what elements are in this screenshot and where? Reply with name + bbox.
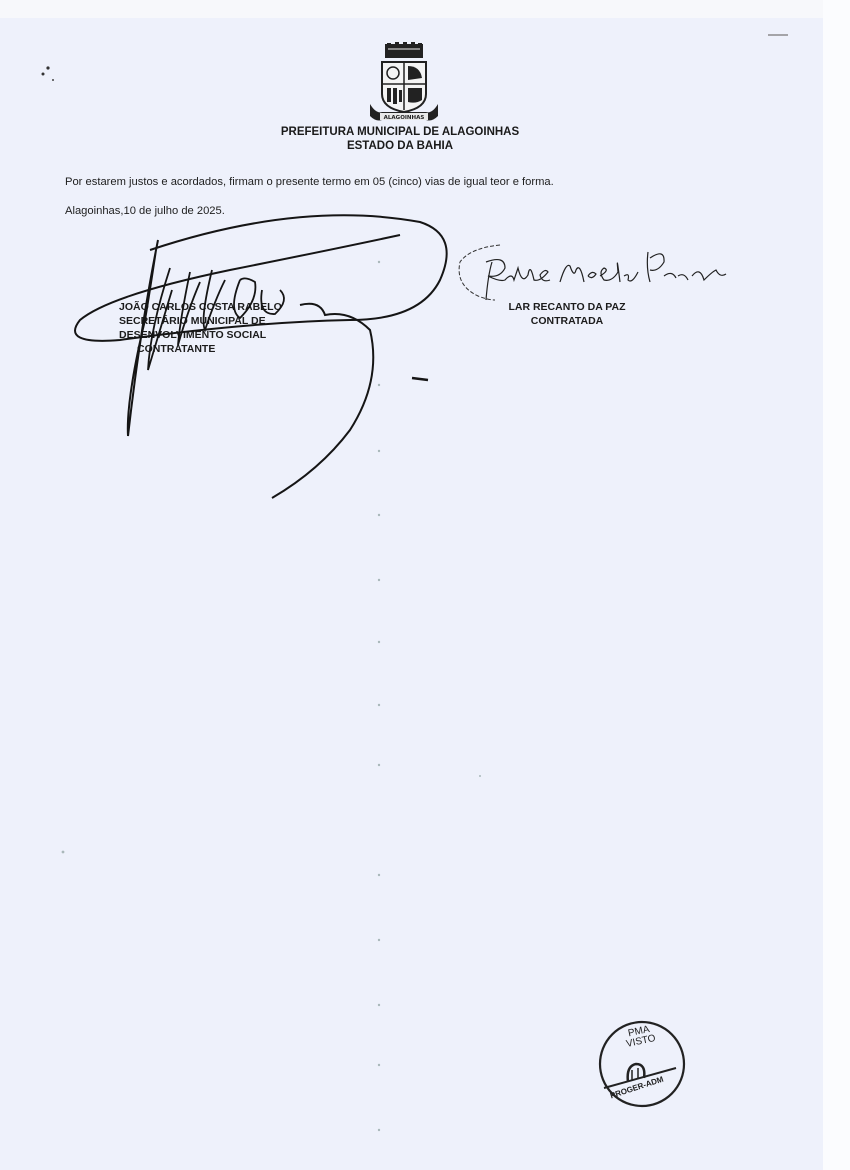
signature-block-contratante: JOÃO CARLOS COSTA RABELO SECRETÁRIO MUNI… (119, 300, 282, 356)
document-header: PREFEITURA MUNICIPAL DE ALAGOINHAS ESTAD… (200, 125, 600, 153)
svg-text:ALAGOINHAS: ALAGOINHAS (384, 115, 425, 121)
header-state: ESTADO DA BAHIA (200, 139, 600, 153)
place-date: Alagoinhas,10 de julho de 2025. (65, 205, 225, 217)
header-municipality: PREFEITURA MUNICIPAL DE ALAGOINHAS (200, 125, 600, 139)
contractor-role: CONTRATADA (497, 314, 637, 328)
scan-top-margin (0, 0, 823, 18)
signatory-name: JOÃO CARLOS COSTA RABELO (119, 300, 282, 314)
document-page (0, 18, 823, 1170)
signatory-title-1: SECRETÁRIO MUNICIPAL DE (119, 314, 282, 328)
signatory-role: CONTRATANTE (119, 342, 282, 356)
scan-right-margin (823, 0, 850, 1170)
municipal-crest-icon: ALAGOINHAS (368, 42, 440, 124)
signatory-title-2: DESENVOLVIMENTO SOCIAL (119, 328, 282, 342)
contractor-name: LAR RECANTO DA PAZ (497, 300, 637, 314)
signature-block-contratada: LAR RECANTO DA PAZ CONTRATADA (497, 300, 637, 328)
agreement-statement: Por estarem justos e acordados, firmam o… (65, 176, 554, 188)
